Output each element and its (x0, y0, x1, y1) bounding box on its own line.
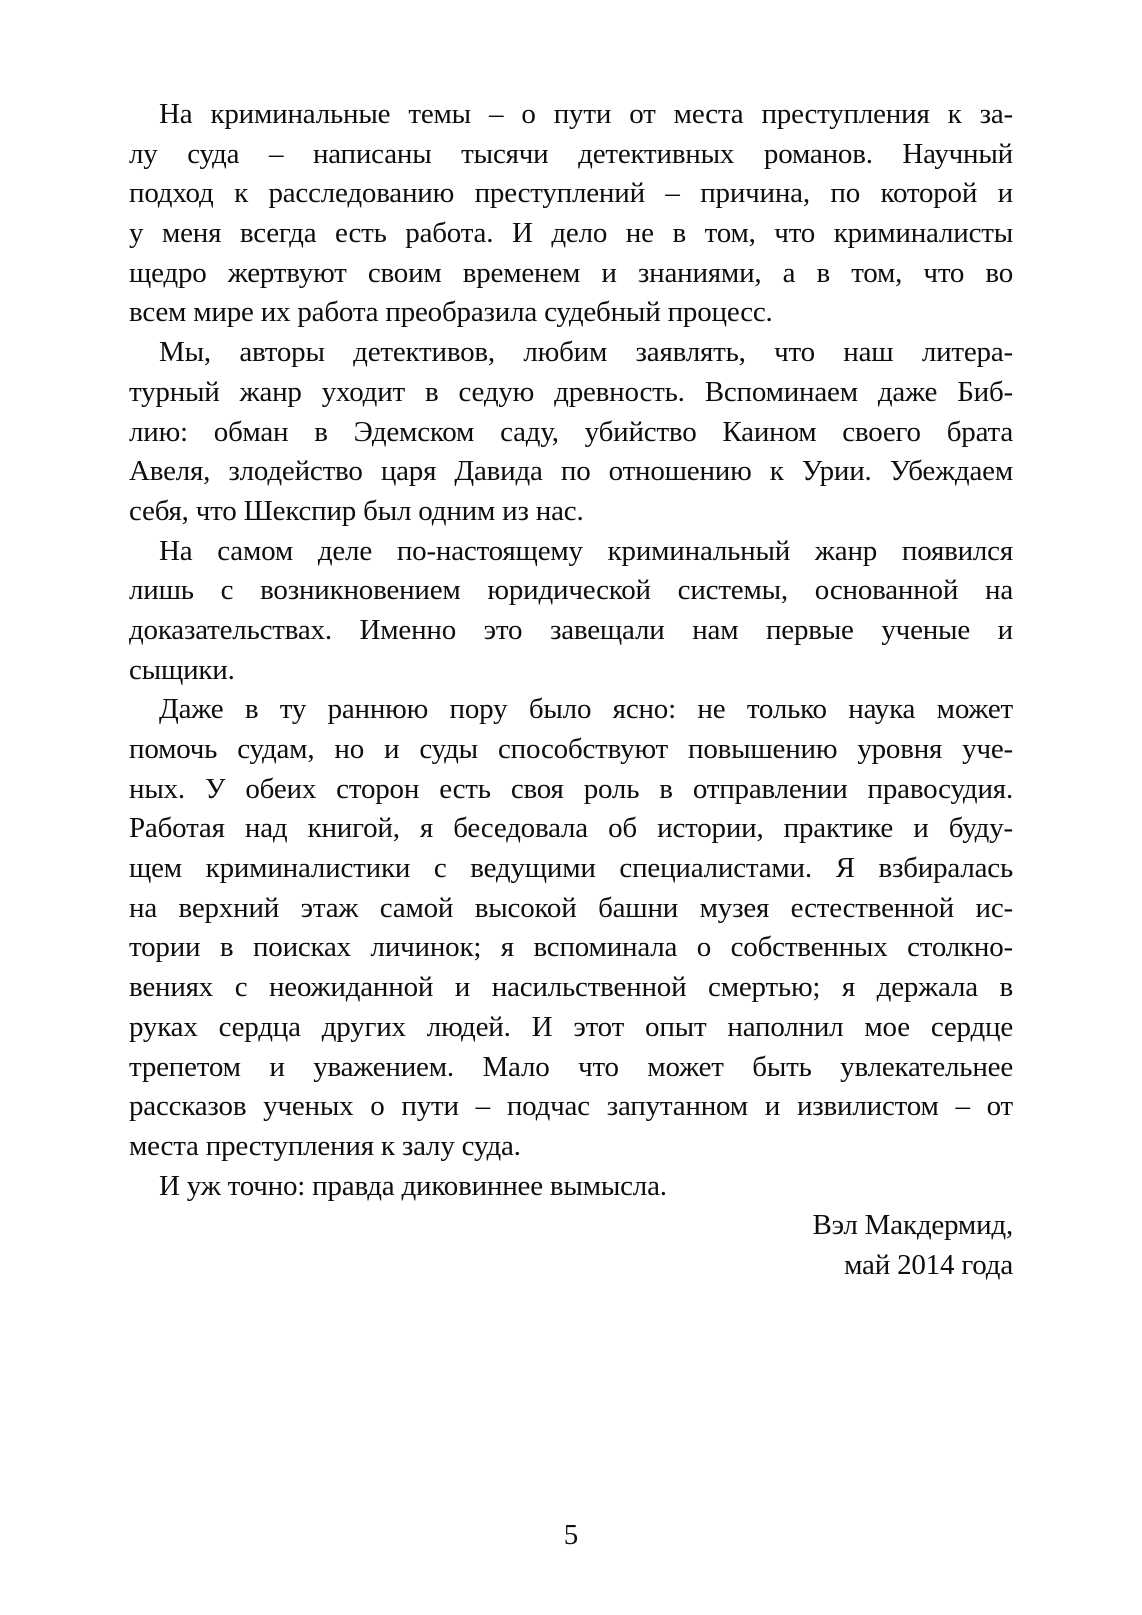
text-line: тории в поисках личинок; я вспоминала о … (129, 928, 1013, 968)
text-line: доказательствах. Именно это завещали нам… (129, 611, 1013, 651)
text-line: подход к расследованию преступлений – пр… (129, 174, 1013, 214)
text-line: вениях с неожиданной и насильственной см… (129, 968, 1013, 1008)
paragraph: На криминальные темы – о пути от места п… (129, 95, 1013, 333)
text-line: щем криминалистики с ведущими специалист… (129, 849, 1013, 889)
text-line: На криминальные темы – о пути от места п… (129, 95, 1013, 135)
text-line: себя, что Шекспир был одним из нас. (129, 492, 1013, 532)
text-line: лу суда – написаны тысячи детективных ро… (129, 135, 1013, 175)
text-line: трепетом и уважением. Мало что может быт… (129, 1048, 1013, 1088)
text-line: Авеля, злодейство царя Давида по отношен… (129, 452, 1013, 492)
text-line: на верхний этаж самой высокой башни музе… (129, 889, 1013, 929)
signature-date: май 2014 года (129, 1246, 1013, 1286)
text-line: рассказов ученых о пути – подчас запутан… (129, 1087, 1013, 1127)
text-line: ных. У обеих сторон есть своя роль в отп… (129, 770, 1013, 810)
text-line: Даже в ту раннюю пору было ясно: не толь… (129, 690, 1013, 730)
text-line: Мы, авторы детективов, любим заявлять, ч… (129, 333, 1013, 373)
paragraph: На самом деле по-настоящему криминальный… (129, 532, 1013, 691)
text-line: сыщики. (129, 651, 1013, 691)
text-line: всем мире их работа преобразила судебный… (129, 293, 1013, 333)
paragraph: Даже в ту раннюю пору было ясно: не толь… (129, 690, 1013, 1166)
text-line: На самом деле по-настоящему криминальный… (129, 532, 1013, 572)
text-line: места преступления к залу суда. (129, 1127, 1013, 1167)
book-page: На криминальные темы – о пути от места п… (0, 0, 1142, 1615)
text-line: у меня всегда есть работа. И дело не в т… (129, 214, 1013, 254)
paragraph: И уж точно: правда диковиннее вымысла. (129, 1167, 1013, 1207)
page-number: 5 (129, 1516, 1013, 1556)
text-line: И уж точно: правда диковиннее вымысла. (129, 1167, 1013, 1207)
signature-author: Вэл Макдермид, (129, 1206, 1013, 1246)
text-line: помочь судам, но и суды способствуют пов… (129, 730, 1013, 770)
text-line: лишь с возникновением юридической систем… (129, 571, 1013, 611)
author-signature: Вэл Макдермид, май 2014 года (129, 1206, 1013, 1285)
body-text: На криминальные темы – о пути от места п… (129, 95, 1013, 1286)
text-line: щедро жертвуют своим временем и знаниями… (129, 254, 1013, 294)
text-line: руках сердца других людей. И этот опыт н… (129, 1008, 1013, 1048)
paragraph: Мы, авторы детективов, любим заявлять, ч… (129, 333, 1013, 531)
text-line: Работая над книгой, я беседовала об исто… (129, 809, 1013, 849)
text-line: турный жанр уходит в седую древность. Вс… (129, 373, 1013, 413)
text-line: лию: обман в Эдемском саду, убийство Каи… (129, 413, 1013, 453)
